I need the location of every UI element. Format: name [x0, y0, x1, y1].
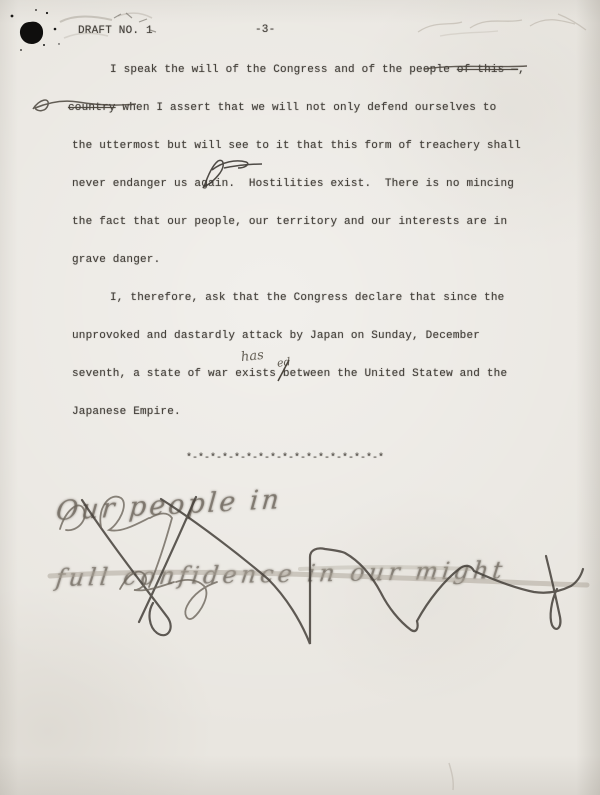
draft-label: DRAFT NO. 1 [78, 24, 153, 38]
typed-line: Japanese Empire. [72, 405, 181, 419]
typed-line: never endanger us again. Hostilities exi… [72, 177, 514, 191]
faint-bottom-mark [449, 763, 453, 790]
line-text: seventh, a state of war exist [72, 368, 269, 380]
line-text: when I assert that we will not only defe… [116, 102, 497, 114]
typed-line: country when I assert that we will not o… [68, 101, 496, 115]
struck-text: of this — [457, 64, 518, 76]
line-text: I speak the will of the Congress and of … [110, 64, 457, 76]
handwritten-insertion-has: has [240, 348, 264, 365]
typed-line: the uttermost but will see to it that th… [72, 139, 521, 153]
struck-text: country [68, 102, 116, 114]
typed-line: I, therefore, ask that the Congress decl… [72, 291, 504, 305]
asterisk-separator: *-*-*-*-*-*-*-*-*-*-*-*-*-*-*-*-* [186, 453, 384, 464]
line-text: between the United Statew and the [276, 368, 507, 380]
line-text: , [518, 64, 525, 76]
typed-line: I speak the will of the Congress and of … [72, 63, 525, 77]
typed-line: the fact that our people, our territory … [72, 215, 507, 229]
typed-line: grave danger. [72, 253, 160, 267]
handwritten-note-line1: Our people in [55, 484, 283, 527]
document-page: DRAFT NO. 1 -3- I speak the will of the … [0, 0, 600, 795]
typed-line: seventh, a state of war exists between t… [72, 367, 507, 381]
faint-pencil-marks [418, 14, 586, 36]
typed-line: unprovoked and dastardly attack by Japan… [72, 329, 480, 343]
handwritten-insertion-ed: ed [276, 355, 291, 370]
page-number: -3- [255, 24, 275, 36]
handwritten-note-line2: full confidence in our might [54, 556, 508, 592]
pencil-marks-overlay [0, 0, 600, 795]
